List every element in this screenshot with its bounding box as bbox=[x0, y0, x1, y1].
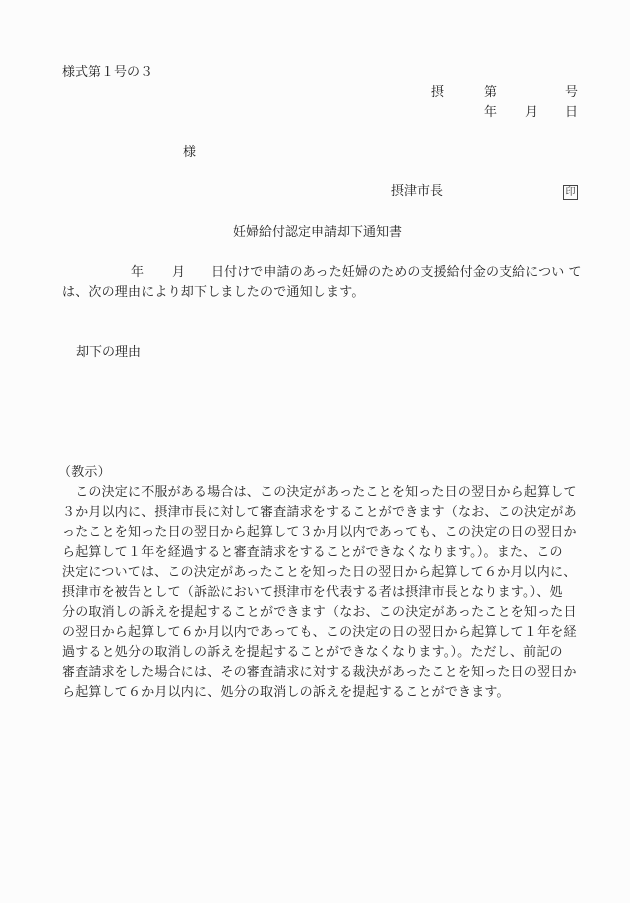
seal-icon: 印 bbox=[563, 185, 578, 200]
instruction-line: 過すると処分の取消しの訴えを提起することができなくなります。）。ただし、前記の bbox=[62, 645, 563, 661]
instruction-line: この決定に不服がある場合は、この決定があったことを知った日の翌日から起算して bbox=[62, 485, 577, 501]
intro-line2: は、次の理由により却下しましたので通知します。 bbox=[62, 285, 365, 301]
doc-number-prefix: 摂 bbox=[431, 85, 444, 101]
date-month: 月 bbox=[525, 105, 538, 121]
instruction-line: 決定については、この決定があったことを知った日の翌日から起算して６か月以内に、 bbox=[62, 565, 576, 581]
intro-line1: 日付けで申請のあった妊婦のための支援給付金の支給につい て bbox=[211, 265, 582, 281]
issuer-name: 摂津市長 bbox=[391, 184, 443, 200]
instruction-line: 分の取消しの訴えを提起することができます（なお、この決定があったことを知った日 bbox=[62, 605, 577, 621]
instruction-line: 摂津市を被告として（訴訟において摂津市を代表する者は摂津市長となります。）、処 bbox=[62, 585, 563, 601]
instruction-line: 審査請求をした場合には、その審査請求に対する裁決があったことを知った日の翌日か bbox=[62, 665, 577, 681]
intro-month: 月 bbox=[172, 265, 185, 281]
document-title: 妊婦給付認定申請却下通知書 bbox=[233, 225, 402, 241]
instruction-heading: （教示） bbox=[58, 465, 111, 481]
date-year: 年 bbox=[484, 105, 497, 121]
doc-number-go: 号 bbox=[565, 85, 578, 101]
date-day: 日 bbox=[565, 105, 578, 121]
reason-heading: 却下の理由 bbox=[76, 345, 141, 361]
instruction-line: ったことを知った日の翌日から起算して３か月以内であっても、この決定の日の翌日か bbox=[62, 525, 577, 541]
instruction-line: の翌日から起算して６か月以内であっても、この決定の日の翌日から起算して１年を経 bbox=[62, 625, 577, 641]
instruction-line: ３か月以内に、摂津市長に対して審査請求をすることができます（なお、この決定があ bbox=[62, 505, 577, 521]
form-number: 様式第１号の３ bbox=[62, 65, 153, 81]
instruction-line: ら起算して６か月以内に、処分の取消しの訴えを提起することができます。 bbox=[62, 685, 510, 701]
intro-year: 年 bbox=[131, 265, 144, 281]
recipient-honorific: 様 bbox=[183, 145, 196, 161]
doc-number-dai: 第 bbox=[484, 85, 497, 101]
instruction-line: ら起算して１年を経過すると審査請求をすることができなくなります。）。また、この bbox=[62, 545, 563, 561]
